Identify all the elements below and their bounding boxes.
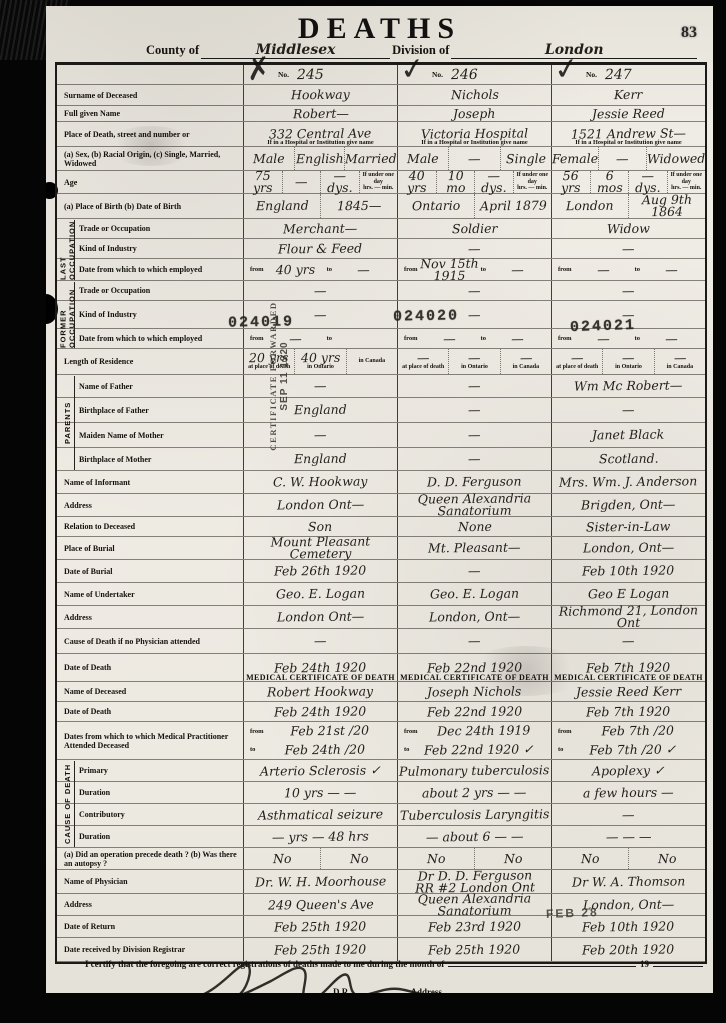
handwritten-value: 40 yrs (301, 352, 340, 364)
handwritten-value: Male (407, 152, 439, 164)
row-label: Kind of Industry (57, 301, 243, 328)
handwritten-value (334, 338, 393, 339)
handwritten-value: Feb 21st /20 (266, 725, 394, 738)
handwritten-value: Feb 20th 1920 (582, 943, 674, 956)
handwritten-value: No (504, 852, 523, 864)
cell-mother_birthplace-246: — (397, 448, 551, 470)
handwritten-value: 10 yrs — — (284, 786, 356, 799)
cell-informant_address-245: London Ont— (243, 494, 397, 516)
cell-burial_place-246: Mt. Pleasant— (397, 537, 551, 559)
handwritten-value: Dec 24th 1919 (420, 725, 548, 738)
cell-cause_no_physician-247: — (551, 629, 705, 653)
handwritten-value: Hookway (291, 89, 350, 102)
cell-undertaker_address-247: Richmond 21, London Ont (551, 606, 705, 628)
handwritten-value: Feb 10th 1920 (582, 565, 674, 578)
row-mother_maiden: Maiden Name of Mother——Janet Black (57, 423, 705, 448)
under-one-day-label: If under one day (514, 172, 552, 185)
sub-cell: 6 mos (590, 171, 629, 193)
cell-employed_last-247: from—to— (551, 259, 705, 280)
handwritten-value: Janet Black (592, 429, 664, 442)
handwritten-value: Geo. E. Logan (276, 588, 365, 601)
handwritten-value: — (468, 308, 481, 320)
county-value: Middlesex (256, 42, 336, 58)
residence-sublabel: in Ontario (461, 364, 488, 371)
cell-father_birthplace-245: England (243, 398, 397, 422)
entry-number: 245 (297, 68, 324, 80)
handwritten-value: Arterio Sclerosis ✓ (260, 764, 381, 777)
handwritten-value: Feb 10th 1920 (582, 920, 674, 933)
cell-deceased_name-247: Jessie Reed Kerr (551, 682, 705, 701)
cell-mother_maiden-246: — (397, 423, 551, 447)
page-title: DEATHS (46, 12, 713, 46)
from-to-line: fromNov 15th 1915to— (398, 258, 551, 282)
month-blank (448, 957, 636, 967)
handwritten-value: — about 6 — — (426, 830, 524, 843)
residence-sub-cell: —at place of death (398, 349, 448, 374)
row-label: Birthplace of Mother (57, 448, 243, 470)
section-cause-of-death: CAUSE OF DEATHPrimaryArterio Sclerosis ✓… (57, 760, 705, 848)
handwritten-value: — (574, 263, 633, 276)
sub-cell: Married (344, 147, 397, 170)
cell-contributory-246: Tuberculosis Laryngitis (397, 804, 551, 825)
row-label: Place of Burial (57, 537, 243, 559)
handwritten-value: Asthmatical seizure (258, 808, 383, 821)
cell-surname-245: Hookway (243, 85, 397, 105)
under-one-day-label: If under one day (668, 172, 706, 185)
stamp-date: SEP 11 1920 (279, 301, 290, 451)
handwritten-value: London Ont— (277, 499, 364, 512)
sub-cell: — (598, 147, 645, 170)
printed-hint: MEDICAL CERTIFICATE OF DEATH (244, 674, 397, 681)
handwritten-value: — (468, 404, 481, 416)
row-physician_address: Address249 Queen's AveQueen Alexandria S… (57, 894, 705, 916)
from-label: from (404, 266, 418, 273)
handwritten-value: 40 yrs (266, 263, 325, 276)
handwritten-value: Nov 15th 1915 (419, 257, 478, 282)
cell-employed_former-246: from—to— (397, 329, 551, 348)
to-label: to (327, 335, 332, 342)
handwritten-value: Jessie Reed Kerr (576, 685, 681, 698)
section: (a) Did an operation precede death ? (b)… (57, 848, 705, 962)
section: Name of InformantC. W. HookwayD. D. Ferg… (57, 471, 705, 760)
sub-cell: — dys. (628, 171, 667, 193)
cell-mother_maiden-247: Janet Black (551, 423, 705, 447)
sub-cell: Single (500, 147, 551, 170)
row-place_of_death: Place of Death, street and number or332 … (57, 122, 705, 147)
hrs-min-label: hrs. — min. (517, 185, 547, 192)
cell-operation_autopsy-247: NoNo (551, 848, 705, 869)
cell-primary-246: Pulmonary tuberculosis (397, 760, 551, 781)
to-label: to (250, 746, 255, 753)
handwritten-value: 40 yrs (398, 170, 436, 194)
residence-sublabel: at place of death (556, 364, 598, 371)
handwritten-value: Feb 23rd 1920 (428, 920, 521, 933)
row-label: Surname of Deceased (57, 85, 243, 105)
cell-age-246: 40 yrs10 mo— dys.If under one dayhrs. — … (397, 171, 551, 193)
cell-employed_last-246: fromNov 15th 1915to— (397, 259, 551, 280)
cell-trade_last-247: Widow (551, 219, 705, 238)
residence-sub-cell: —at place of death (552, 349, 602, 374)
row-mother_birthplace: Birthplace of MotherEngland—Scotland. (57, 448, 705, 471)
row-label: Cause of Death if no Physician attended (57, 629, 243, 653)
row-label: Kind of Industry (57, 239, 243, 258)
handwritten-value: — (622, 808, 635, 820)
handwritten-value: Feb 25th 1920 (274, 943, 366, 956)
year-label: 19 (640, 959, 649, 969)
row-date_of_return: Date of ReturnFeb 25th 1920Feb 23rd 1920… (57, 916, 705, 938)
handwritten-value: 10 mo (436, 170, 474, 194)
handwritten-value: a few hours — (583, 786, 674, 799)
cell-practitioner_dates-245: fromFeb 21st /20toFeb 24th /20 (243, 722, 397, 759)
handwritten-value: — (571, 352, 584, 364)
handwritten-value: — (468, 380, 481, 392)
row-physician_name: Name of PhysicianDr. W. H. MoorhouseDr D… (57, 870, 705, 894)
handwritten-value: — (314, 308, 327, 320)
handwritten-value: — (488, 332, 547, 345)
under-one-day-label: If under one day (360, 172, 398, 185)
handwritten-value: Feb 22nd 1920 (427, 705, 522, 718)
row-father_name: Name of Father——Wm Mc Robert— (57, 375, 705, 398)
handwritten-value: Queen Alexandria Sanatorium (398, 492, 551, 518)
division-value: London (545, 42, 604, 58)
handwritten-value: C. W. Hookway (273, 476, 368, 489)
handwritten-value: Mt. Pleasant— (428, 542, 521, 555)
from-label: from (250, 335, 264, 342)
entry-number: 247 (605, 68, 632, 80)
handwritten-value: — (468, 352, 481, 364)
row-label: Place of Death, street and number or (57, 122, 243, 146)
row-relation: Relation to DeceasedSonNoneSister-in-Law (57, 517, 705, 537)
cell-physician_name-247: Dr W. A. Thomson (551, 870, 705, 893)
handwritten-value: — (622, 635, 635, 647)
row-trade_former: Trade or Occupation——— (57, 281, 705, 301)
handwritten-value: — (622, 284, 635, 296)
handwritten-value: — (622, 352, 635, 364)
handwritten-value: — (622, 242, 635, 254)
sub-cell: No (398, 848, 474, 869)
handwritten-value: about 2 yrs — — (422, 786, 526, 799)
handwritten-value: 249 Queen's Ave (268, 898, 374, 911)
handwritten-value: — yrs — 48 hrs (272, 830, 369, 843)
from-to-line: from40 yrsto— (244, 264, 397, 276)
cell-physician_address-246: Queen Alexandria Sanatorium (397, 894, 551, 915)
handwritten-value: England (256, 200, 309, 213)
cell-physician_address-245: 249 Queen's Ave (243, 894, 397, 915)
handwritten-value: Soldier (452, 222, 498, 234)
registration-serial-stamp: 024021 (570, 317, 637, 336)
cell-place_of_death-247: 1521 Andrew St—If in a Hospital or Insti… (551, 122, 705, 146)
row-contributory_duration: Duration— yrs — 48 hrs— about 6 — —— — — (57, 826, 705, 848)
cell-undertaker_address-246: London, Ont— (397, 606, 551, 628)
cell-birth-247: LondonAug 9th 1864 (551, 194, 705, 218)
handwritten-value: No (427, 852, 446, 864)
handwritten-value: Aug 9th 1864 (629, 194, 705, 219)
row-age: Age75 yrs—— dys.If under one dayhrs. — m… (57, 171, 705, 194)
row-label: Duration (57, 782, 243, 803)
sub-cell: Female (552, 147, 598, 170)
row-primary: PrimaryArterio Sclerosis ✓Pulmonary tube… (57, 760, 705, 782)
from-label: from (250, 266, 264, 273)
handwritten-value: Ontario (412, 200, 460, 213)
cell-primary_duration-246: about 2 yrs — — (397, 782, 551, 803)
cell-sex_origin_status-247: Female—Widowed (551, 147, 705, 170)
county-division-line: County of Middlesex Division of London (146, 42, 699, 59)
sub-cell: No (628, 848, 705, 869)
row-label: Name of Undertaker (57, 583, 243, 605)
sub-cell: No (244, 848, 320, 869)
from-to-line: fromFeb 21st /20 (244, 722, 397, 741)
cell-burial_date-246: — (397, 560, 551, 582)
handwritten-value: Feb 25th 1920 (428, 943, 520, 956)
row-primary_duration: Duration10 yrs — —about 2 yrs — —a few h… (57, 782, 705, 804)
sub-cell: Widowed (646, 147, 705, 170)
row-_no: ✗No.245✓No.246✓No.247 (57, 65, 705, 85)
no-label: No. (586, 70, 597, 79)
cell-informant_name-247: Mrs. Wm. J. Anderson (551, 471, 705, 493)
cell-burial_place-247: London, Ont— (551, 537, 705, 559)
cell-deceased_name-245: Robert Hookway (243, 682, 397, 701)
cell-date_of_death2-246: Feb 22nd 1920 (397, 702, 551, 721)
sub-cell: — dys. (320, 171, 359, 193)
sub-cell: Aug 9th 1864 (628, 194, 705, 218)
from-to-line: toFeb 7th /20 ✓ (552, 741, 705, 760)
handwritten-value: 56 yrs (552, 170, 590, 194)
cell-birth-245: England1845— (243, 194, 397, 218)
to-label: to (481, 335, 486, 342)
handwritten-value: No (658, 852, 677, 864)
residence-sub-cell: —in Ontario (448, 349, 499, 374)
handwritten-value: — — — (606, 830, 652, 842)
county-label: County of (146, 43, 199, 58)
handwritten-value: Robert— (293, 107, 349, 120)
from-to-line: toFeb 22nd 1920 ✓ (398, 741, 551, 760)
under-one-day-cell: If under one dayhrs. — min. (513, 171, 552, 193)
cell-primary_duration-247: a few hours — (551, 782, 705, 803)
residence-sub-cell: —in Canada (500, 349, 551, 374)
row-label: Date of Death (57, 654, 243, 681)
row-label: Date from which to which employed (57, 259, 243, 280)
sub-cell: — dys. (474, 171, 513, 193)
cell-employed_former-245: from—to (243, 329, 397, 348)
handwritten-value: Widowed (647, 152, 705, 165)
cell-primary-247: Apoplexy ✓ (551, 760, 705, 781)
group-label: LAST OCCUPATION (61, 220, 75, 280)
residence-sublabel: at place of death (402, 364, 444, 371)
row-label: Date from which to which employed (57, 329, 243, 348)
cell-trade_last-245: Merchant— (243, 219, 397, 238)
entry-number: 246 (451, 68, 478, 80)
row-label: Name of Deceased (57, 682, 243, 701)
section: ✗No.245✓No.246✓No.247Surname of Deceased… (57, 65, 705, 219)
row-trade_last: Trade or OccupationMerchant—SoldierWidow (57, 219, 705, 239)
handwritten-value: Single (506, 152, 546, 164)
row-burial_place: Place of BurialMount Pleasant CemeteryMt… (57, 537, 705, 560)
handwritten-value: April 1879 (480, 200, 547, 213)
row-cause_no_physician: Cause of Death if no Physician attended—… (57, 629, 705, 654)
printed-hint: If in a Hospital or Institution give nam… (398, 139, 551, 146)
under-one-day-cell: If under one dayhrs. — min. (359, 171, 398, 193)
handwritten-value: Male (253, 152, 285, 164)
cell-_no-247: ✓No.247 (551, 65, 705, 84)
handwritten-value: 1845— (337, 200, 381, 212)
cell-date_of_death2-245: Feb 24th 1920 (243, 702, 397, 721)
handwritten-value: — (314, 380, 327, 392)
handwritten-value: — (468, 635, 481, 647)
cell-sex_origin_status-245: MaleEnglishMarried (243, 147, 397, 170)
handwritten-value: Sister-in-Law (586, 520, 670, 533)
handwritten-value: London, Ont— (583, 542, 674, 555)
sub-cell: 75 yrs (244, 171, 282, 193)
handwritten-value: London (566, 200, 614, 212)
month-date-stamp: FEB 28 (546, 905, 599, 921)
row-deceased_name: Name of DeceasedRobert HookwayJoseph Nic… (57, 682, 705, 702)
handwritten-value: Joseph Nichols (427, 685, 521, 698)
handwritten-value: — (334, 263, 393, 276)
row-birth: (a) Place of Birth (b) Date of BirthEngl… (57, 194, 705, 219)
from-label: from (404, 335, 418, 342)
handwritten-value: — (468, 453, 481, 465)
sub-cell: — (448, 147, 499, 170)
handwritten-value: Pulmonary tuberculosis (399, 764, 549, 778)
row-label: Contributory (57, 804, 243, 825)
from-label: from (250, 728, 264, 735)
cell-age-245: 75 yrs—— dys.If under one dayhrs. — min. (243, 171, 397, 193)
from-to-line: fromFeb 7th /20 (552, 722, 705, 741)
handwritten-value: — (488, 263, 547, 276)
row-label: Dates from which to which Medical Practi… (57, 722, 243, 759)
cell-trade_former-246: — (397, 281, 551, 300)
handwritten-value: Kerr (614, 89, 642, 101)
cell-relation-247: Sister-in-Law (551, 517, 705, 536)
cell-primary_duration-245: 10 yrs — — (243, 782, 397, 803)
from-to-line: toFeb 24th /20 (244, 741, 397, 760)
cell-trade_last-246: Soldier (397, 219, 551, 238)
cell-industry_last-247: — (551, 239, 705, 258)
handwritten-value: Geo E Logan (588, 588, 669, 601)
cell-date_of_death-247: Feb 7th 1920MEDICAL CERTIFICATE OF DEATH (551, 654, 705, 681)
from-label: from (404, 728, 418, 735)
cell-undertaker_name-246: Geo. E. Logan (397, 583, 551, 605)
to-label: to (635, 266, 640, 273)
sub-cell: April 1879 (474, 194, 551, 218)
cell-mother_birthplace-247: Scotland. (551, 448, 705, 470)
cell-father_name-247: Wm Mc Robert— (551, 375, 705, 397)
from-label: from (558, 728, 572, 735)
row-date_of_death2: Date of DeathFeb 24th 1920Feb 22nd 1920F… (57, 702, 705, 722)
row-label: Date of Return (57, 916, 243, 937)
cell-practitioner_dates-247: fromFeb 7th /20toFeb 7th /20 ✓ (551, 722, 705, 759)
cell-_no-246: ✓No.246 (397, 65, 551, 84)
row-label: Full given Name (57, 106, 243, 121)
from-to-line: from—to— (552, 264, 705, 276)
cell-contributory_duration-245: — yrs — 48 hrs (243, 826, 397, 847)
handwritten-value: Feb 22nd 1920 ✓ (411, 743, 547, 756)
handwritten-value: Feb 7th /20 (574, 725, 702, 738)
to-label: to (327, 266, 332, 273)
cell-burial_date-245: Feb 26th 1920 (243, 560, 397, 582)
row-surname: Surname of DeceasedHookwayNicholsKerr (57, 85, 705, 106)
handwritten-value: No (581, 852, 600, 864)
sub-cell: Male (244, 147, 294, 170)
no-label: No. (432, 70, 443, 79)
cell-surname-247: Kerr (551, 85, 705, 105)
handwritten-value: — (417, 352, 430, 364)
row-contributory: ContributoryAsthmatical seizureTuberculo… (57, 804, 705, 826)
row-label: Date of Death (57, 702, 243, 721)
death-register-form: ✗No.245✓No.246✓No.247Surname of Deceased… (55, 62, 707, 964)
row-informant_name: Name of InformantC. W. HookwayD. D. Ferg… (57, 471, 705, 494)
handwritten-value: — (468, 284, 481, 296)
cell-contributory-247: — (551, 804, 705, 825)
group-label: CAUSE OF DEATH (61, 761, 75, 847)
section-parents: PARENTSName of Father——Wm Mc Robert—Birt… (57, 375, 705, 471)
from-to-line: from—to— (398, 333, 551, 345)
cell-deceased_name-246: Joseph Nichols (397, 682, 551, 701)
handwritten-value: Merchant— (283, 222, 357, 235)
division-value-underline: London (451, 42, 697, 59)
cell-undertaker_name-245: Geo. E. Logan (243, 583, 397, 605)
sub-cell: No (474, 848, 551, 869)
cell-burial_date-247: Feb 10th 1920 (551, 560, 705, 582)
cell-father_birthplace-247: — (551, 398, 705, 422)
handwritten-value: — (314, 635, 327, 647)
handwritten-value: 75 yrs (244, 170, 282, 194)
handwritten-value: — (520, 352, 533, 364)
handwritten-value: Tuberculosis Laryngitis (400, 808, 550, 822)
row-label: (a) Did an operation precede death ? (b)… (57, 848, 243, 869)
row-label: Birthplace of Father (57, 398, 243, 422)
handwritten-value: Female (552, 152, 598, 164)
row-label: (a) Place of Birth (b) Date of Birth (57, 194, 243, 218)
handwritten-value: D. D. Ferguson (427, 476, 522, 489)
handwritten-value: — (642, 263, 701, 276)
cell-place_of_death-245: 332 Central AveIf in a Hospital or Insti… (243, 122, 397, 146)
sub-cell: — (282, 171, 321, 193)
form-body: ✗No.245✓No.246✓No.247Surname of Deceased… (57, 65, 705, 962)
sub-cell: No (320, 848, 397, 869)
handwritten-value: No (350, 852, 369, 864)
handwritten-value: Feb 24th /20 (257, 743, 393, 756)
row-label: Address (57, 894, 243, 915)
page-number: 83 (681, 24, 697, 42)
handwritten-value: — (295, 176, 308, 188)
sub-cell: London (552, 194, 628, 218)
printed-hint: If in a Hospital or Institution give nam… (244, 139, 397, 146)
no-label: No. (278, 70, 289, 79)
group-label: PARENTS (61, 376, 75, 470)
row-residence: Length of Residence20 yrsat place of dea… (57, 349, 705, 375)
address-blank (446, 985, 703, 993)
cell-contributory_duration-247: — — — (551, 826, 705, 847)
row-date_of_death: Date of DeathFeb 24th 1920MEDICAL CERTIF… (57, 654, 705, 682)
handwritten-value: Feb 7th 1920 (586, 661, 670, 674)
handwritten-value: London Ont— (277, 611, 364, 624)
cell-relation-246: None (397, 517, 551, 536)
handwritten-value: Robert Hookway (267, 685, 373, 698)
section: Length of Residence20 yrsat place of dea… (57, 349, 705, 375)
sub-cell: 40 yrs (398, 171, 436, 193)
row-label: Name of Informant (57, 471, 243, 493)
cell-date_of_return-246: Feb 23rd 1920 (397, 916, 551, 937)
cell-practitioner_dates-246: fromDec 24th 1919toFeb 22nd 1920 ✓ (397, 722, 551, 759)
row-industry_last: Kind of IndustryFlour & Feed—— (57, 239, 705, 259)
handwritten-value: Joseph (453, 107, 496, 119)
row-label: (a) Sex, (b) Racial Origin, (c) Single, … (57, 147, 243, 170)
handwritten-value: Queen Alexandria Sanatorium (398, 892, 551, 918)
handwritten-value: Scotland. (599, 453, 659, 466)
cell-informant_address-247: Brigden, Ont— (551, 494, 705, 516)
handwritten-value: — (468, 565, 481, 577)
